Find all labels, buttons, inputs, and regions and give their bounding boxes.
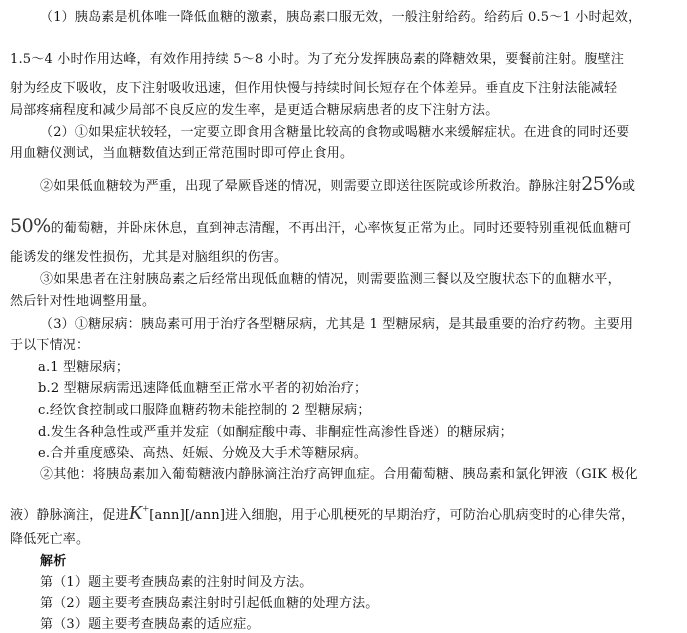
paragraph-4-line-1: ③如果患者在注射胰岛素之后经常出现低血糖的情况，则需要监测三餐以及空腹状态下的血… [40,272,621,288]
paragraph-6-text-b: [ann][/ann]进入细胞，用于心肌梗死的早期治疗，可防治心肌病变时的心律失… [149,508,634,523]
list-item-e: e.合并重度感染、高热、妊娠、分娩及大手术等糖尿病。 [38,446,367,462]
list-item-c: c.经饮食控制或口服降血糖药物未能控制的 2 型糖尿病； [38,403,371,419]
paragraph-1-line-2: 1.5～4 小时作用达峰，有效作用持续 5～8 小时。为了充分发挥胰岛素的降糖效… [10,52,624,68]
list-item-b: b.2 型糖尿病需迅速降低血糖至正常水平者的初始治疗； [38,381,367,397]
paragraph-4-line-2: 然后针对性地调整用量。 [10,294,155,310]
paragraph-6-text-a: 液）静脉滴注，促进 [10,508,129,523]
paragraph-3-text-a: ②如果低血糖较为严重，出现了晕厥昏迷的情况，则需要立即送往医院或诊所救治。静脉注… [40,179,581,194]
paragraph-6-line-2: 液）静脉滴注，促进K+[ann][/ann]进入细胞，用于心肌梗死的早期治疗，可… [10,500,634,524]
math-potassium-ion: K+ [129,502,149,524]
paragraph-6-line-1: ②其他：将胰岛素加入葡萄糖液内静脉滴注治疗高钾血症。合用葡萄糖、胰岛素和氯化钾液… [40,467,638,483]
paragraph-3-line-1: ②如果低血糖较为严重，出现了晕厥昏迷的情况，则需要立即送往医院或诊所救治。静脉注… [40,176,635,195]
paragraph-1-line-4: 局部疼痛程度和减少局部不良反应的发生率，是更适合糖尿病患者的皮下注射方法。 [10,103,498,119]
paragraph-3-text-c: 的葡萄糖，并卧床休息，直到神志清醒，不再出汗，心率恢复正常为止。同时还要特别重视… [51,221,632,236]
paragraph-6-line-3: 降低死亡率。 [10,532,89,548]
paragraph-3-line-2: 50%的葡萄糖，并卧床休息，直到神志清醒，不再出汗，心率恢复正常为止。同时还要特… [10,218,632,237]
paragraph-1-line-1: （1）胰岛素是机体唯一降低血糖的激素，胰岛素口服无效，一般注射给药。给药后 0.… [40,10,641,26]
paragraph-5-line-2: 于以下情况： [10,338,89,354]
paragraph-2-line-2: 用血糖仪测试，当血糖数值达到正常范围时即可停止食用。 [10,146,353,162]
math-50-percent: 50% [10,215,51,237]
paragraph-2-line-1: （2）①如果症状较轻，一定要立即食用含糖量比较高的食物或喝糖水来缓解症状。在进食… [40,125,629,141]
math-k-base: K [129,502,142,524]
analysis-heading: 解析 [40,554,66,570]
list-item-a: a.1 型糖尿病； [38,360,129,376]
analysis-item-1: 第（1）题主要考查胰岛素的注射时间及方法。 [40,575,312,591]
paragraph-3-line-3: 能诱发的继发性损伤，尤其是对脑组织的伤害。 [10,250,287,266]
analysis-item-2: 第（2）题主要考查胰岛素注射时引起低血糖的处理方法。 [40,596,378,612]
paragraph-1-line-3: 射为经皮下吸收，皮下注射吸收迅速，但作用快慢与持续时间长短存在个体差异。垂直皮下… [10,81,617,97]
paragraph-3-text-b: 或 [622,179,635,194]
paragraph-5-line-1: （3）①糖尿病：胰岛素可用于治疗各型糖尿病，尤其是 1 型糖尿病，是其最重要的治… [40,317,633,333]
analysis-item-3: 第（3）题主要考查胰岛素的适应症。 [40,617,260,633]
list-item-d: d.发生各种急性或严重并发症（如酮症酸中毒、非酮症性高渗性昏迷）的糖尿病； [38,425,513,441]
math-25-percent: 25% [581,173,622,195]
